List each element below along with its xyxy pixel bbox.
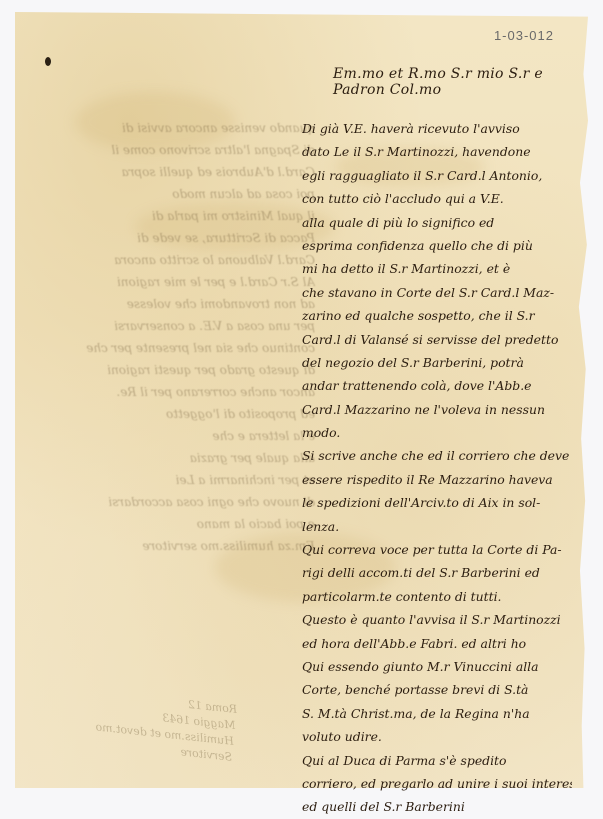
ink-spot — [45, 57, 51, 66]
text-line: del negozio del S.r Barberini, potrà — [302, 351, 572, 374]
bleed-line: Card.l d'Aubrois ed quelli sopra — [45, 161, 315, 183]
bleed-line: di Spagna l'altra scrivono come il — [45, 139, 315, 161]
text-line: corriero, ed pregarlo ad unire i suoi in… — [302, 772, 572, 795]
bleed-line: ad non trovandomi che volesse — [45, 293, 315, 315]
text-line: modo. — [302, 421, 572, 444]
text-line: lenza. — [302, 515, 572, 538]
text-line: con tutto ciò l'accludo qui a V.E. — [302, 187, 572, 210]
text-line: S. M.tà Christ.ma, de la Regina n'ha — [302, 702, 572, 725]
text-line: Card.l di Valansé si servisse del predet… — [302, 328, 572, 351]
bleed-line: ed proposito di l'oggetto — [45, 403, 315, 425]
bleed-through-text: quando venisse ancora avvisi di di Spagn… — [45, 117, 315, 557]
text-line: andar trattenendo colà, dove l'Abb.e — [302, 374, 572, 397]
salutation: Em.mo et R.mo S.r mio S.r e Padron Col.m… — [333, 66, 588, 98]
bleed-line: quando venisse ancora avvisi di — [45, 117, 315, 139]
text-line: ed quelli del S.r Barberini — [302, 795, 572, 800]
text-line: Qui correva voce per tutta la Corte di P… — [302, 538, 572, 561]
text-line: Di già V.E. haverà ricevuto l'avviso — [302, 117, 572, 140]
text-line: essere rispedito il Re Mazzarino haveva — [302, 468, 572, 491]
text-line: Card.l Mazzarino ne l'voleva in nessun — [302, 398, 572, 421]
text-line: voluto udire. — [302, 725, 572, 748]
bleed-line: di nuovo che ogni cosa accordarsi — [45, 491, 315, 513]
bleed-line: Em.za humiliss.mo servitore — [45, 535, 315, 557]
bleed-line: e poi bacio la mano — [45, 513, 315, 535]
text-line: dato Le il S.r Martinozzi, havendone — [302, 140, 572, 163]
bleed-line: alla quale per grazia — [45, 447, 315, 469]
text-line: rigi delli accom.ti del S.r Barberini ed — [302, 561, 572, 584]
text-line: Questo è quanto l'avvisa il S.r Martinoz… — [302, 608, 572, 631]
bleed-line: Card.l Valbuona lo scritto ancora — [45, 249, 315, 271]
bleed-line: ancor anche correrano per il Re. — [45, 381, 315, 403]
bleed-line: Pacca di Scrittura, se vede di — [45, 227, 315, 249]
text-line: particolarm.te contento di tutti. — [302, 585, 572, 608]
text-line: egli ragguagliato il S.r Card.l Antonio, — [302, 164, 572, 187]
text-line: alla quale di più lo significo ed — [302, 211, 572, 234]
bleed-line: per una cosa a V.E. a conservarsi — [45, 315, 315, 337]
text-line: Corte, benché portasse brevi di S.tà — [302, 678, 572, 701]
bleed-line: e la lettera e che — [45, 425, 315, 447]
bleed-line: continuo che sia nel presente per che — [45, 337, 315, 359]
text-line: le spedizioni dell'Arciv.to di Aix in so… — [302, 491, 572, 514]
archive-number: 1-03-012 — [494, 28, 554, 43]
bleed-line: di questo grado per questi ragioni — [45, 359, 315, 381]
bleed-line: et per inchinarmi a Lei — [45, 469, 315, 491]
bleed-line: Al S.r Card.l e per le mie ragioni — [45, 271, 315, 293]
letter-body: Di già V.E. haverà ricevuto l'avviso dat… — [302, 117, 572, 800]
text-line: Si scrive anche che ed il corriero che d… — [302, 444, 572, 467]
text-line: zarino ed qualche sospetto, che il S.r — [302, 304, 572, 327]
text-line: ed hora dell'Abb.e Fabri. ed altri ho — [302, 632, 572, 655]
text-line: Qui al Duca di Parma s'è spedito — [302, 749, 572, 772]
bleed-through-signature: Roma 12 Maggio 1643 Humiliss.mo et devot… — [42, 682, 238, 766]
text-line: mi ha detto il S.r Martinozzi, et è — [302, 257, 572, 280]
text-line: Qui essendo giunto M.r Vinuccini alla — [302, 655, 572, 678]
bleed-line: il qual Ministro mi parla di — [45, 205, 315, 227]
text-line: che stavano in Corte del S.r Card.l Maz- — [302, 281, 572, 304]
text-line: esprima confidenza quello che di più — [302, 234, 572, 257]
bleed-line: poi cosa ad alcun modo — [45, 183, 315, 205]
